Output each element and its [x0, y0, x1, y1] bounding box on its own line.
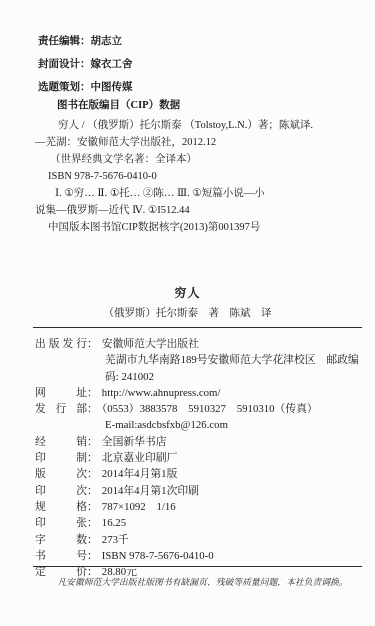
pub-value: 北京嘉业印刷厂 — [102, 452, 178, 464]
pub-value: 全国新华书店 — [102, 436, 167, 448]
pub-value-continued: 芜湖市九华南路189号安徽师范大学花津校区 邮政编码: 241002 — [105, 354, 359, 382]
divider-top — [33, 327, 362, 328]
pub-row-printer: 印制：北京嘉业印刷厂 — [35, 450, 369, 466]
pub-label: 出版发行 — [35, 336, 87, 352]
pub-row-format: 规格：787×1092 1/16 — [35, 499, 369, 515]
pub-value: 273千 — [102, 534, 129, 546]
pub-row-word-count: 字数：273千 — [35, 532, 369, 548]
cip-data-block: 图书在版编目（CIP）数据 穷人 / （俄罗斯）托尔斯泰 （Tolstoy,L.… — [35, 96, 365, 236]
colon: ： — [80, 82, 91, 93]
cip-heading: 图书在版编目（CIP）数据 — [35, 96, 365, 115]
credit-value: 胡志立 — [91, 36, 123, 47]
pub-label: 版次 — [35, 466, 87, 482]
pub-label: 书号 — [35, 548, 87, 564]
pub-label: 规格 — [35, 499, 87, 515]
publishing-info-block: 出版发行：安徽师范大学出版社 芜湖市九华南路189号安徽师范大学花津校区 邮政编… — [35, 336, 369, 580]
pub-label: 印次 — [35, 483, 87, 499]
pub-row-website: 网址：http://www.ahnupress.com/ — [35, 385, 369, 401]
colon: ： — [87, 550, 98, 562]
pub-row-isbn: 书号：ISBN 978-7-5676-0410-0 — [35, 548, 369, 564]
colon: ： — [80, 36, 91, 47]
credit-label: 责任编辑 — [38, 36, 80, 47]
credit-row-cover-design: 封面设计：嫁衣工舍 — [38, 53, 133, 76]
pub-row-publisher-address: 芜湖市九华南路189号安徽师范大学花津校区 邮政编码: 241002 — [35, 352, 369, 385]
pub-row-printed-sheets: 印张：16.25 — [35, 515, 369, 531]
cip-title-line: 穷人 / （俄罗斯）托尔斯泰 （Tolstoy,L.N.）著；陈斌译. — [35, 117, 365, 134]
pub-row-publisher: 出版发行：安徽师范大学出版社 — [35, 336, 369, 352]
credit-label: 选题策划 — [38, 82, 80, 93]
pub-row-distributor: 经销：全国新华书店 — [35, 434, 369, 450]
credit-value: 嫁衣工舍 — [91, 59, 133, 70]
cip-classification-line-1: Ⅰ. ①穷… Ⅱ. ①托… ②陈… Ⅲ. ①短篇小说—小 — [35, 185, 365, 202]
book-title: 穷人 — [0, 284, 375, 301]
staff-credits: 责任编辑：胡志立 封面设计：嫁衣工舍 选题策划：中图传媒 — [38, 30, 133, 99]
pub-label: 印制 — [35, 450, 87, 466]
divider-bottom — [33, 566, 362, 567]
pub-label: 发行部 — [35, 401, 87, 417]
colon: ： — [87, 485, 98, 497]
pub-row-email: E-mail:asdcbsfxb@126.com — [35, 417, 369, 433]
cip-publisher-line: —芜湖：安徽师范大学出版社，2012.12 — [35, 134, 365, 151]
colon: ： — [80, 59, 91, 70]
pub-value: ISBN 978-7-5676-0410-0 — [102, 550, 214, 562]
credit-value: 中图传媒 — [91, 82, 133, 93]
pub-value: 安徽师范大学出版社 — [102, 338, 199, 350]
colon: ： — [87, 387, 98, 399]
cip-classification-line-2: 说集—俄罗斯—近代 Ⅳ. ①I512.44 — [35, 202, 365, 219]
pub-label: 网址 — [35, 385, 87, 401]
colon: ： — [87, 403, 98, 415]
pub-row-impression: 印次：2014年4月第1次印刷 — [35, 483, 369, 499]
book-byline: （俄罗斯）托尔斯泰 著 陈斌 译 — [0, 305, 375, 320]
pub-row-distribution-dept: 发行部：（0553）3883578 5910327 5910310（传真） — [35, 401, 369, 417]
pub-value: 2014年4月第1版 — [102, 468, 178, 480]
colon: ： — [87, 517, 98, 529]
cip-record-number-line: 中国版本图书馆CIP数据核字(2013)第001397号 — [35, 219, 365, 236]
colon: ： — [87, 501, 98, 513]
pub-value: （0553）3883578 5910327 5910310（传真） — [102, 403, 318, 415]
colon: ： — [87, 338, 98, 350]
pub-label: 字数 — [35, 532, 87, 548]
credit-row-editor: 责任编辑：胡志立 — [38, 30, 133, 53]
pub-value: 787×1092 1/16 — [102, 501, 176, 513]
pub-value: 16.25 — [102, 517, 126, 529]
cip-series-line: （世界经典文学名著：全译本） — [35, 151, 365, 168]
pub-value: 2014年4月第1次印刷 — [102, 485, 199, 497]
cip-isbn-line: ISBN 978-7-5676-0410-0 — [35, 168, 365, 185]
credit-label: 封面设计 — [38, 59, 80, 70]
pub-value: http://www.ahnupress.com/ — [102, 387, 221, 399]
colon: ： — [87, 452, 98, 464]
pub-label: 印张 — [35, 515, 87, 531]
pub-row-edition: 版次：2014年4月第1版 — [35, 466, 369, 482]
quality-notice: 凡安徽师范大学出版社版图书有缺漏页、残破等质量问题，本社负责调换。 — [40, 575, 365, 588]
colon: ： — [87, 436, 98, 448]
pub-label: 经销 — [35, 434, 87, 450]
pub-value-continued: E-mail:asdcbsfxb@126.com — [105, 419, 228, 431]
colon: ： — [87, 468, 98, 480]
colon: ： — [87, 534, 98, 546]
